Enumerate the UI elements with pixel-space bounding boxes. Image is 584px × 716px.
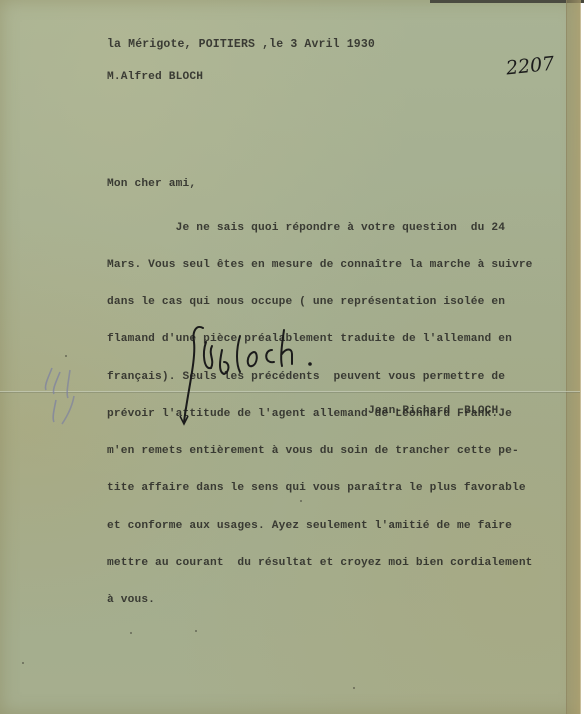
paper-speck: [195, 630, 197, 632]
letter-salutation: Mon cher ami,: [107, 178, 196, 191]
body-line: m'en remets entièrement à vous du soin d…: [107, 445, 533, 457]
paper-right-edge: [566, 0, 581, 714]
scan-top-edge: [430, 0, 584, 3]
body-line: mettre au courant du résultat et croyez …: [107, 557, 533, 569]
body-line: à vous.: [107, 594, 533, 606]
body-line: Mars. Vous seul êtes en mesure de connaî…: [107, 259, 533, 271]
archive-number: 2207: [505, 53, 555, 80]
pencil-annotation: [38, 360, 88, 430]
letter-recipient: M.Alfred BLOCH: [107, 71, 203, 84]
body-line: tite affaire dans le sens qui vous paraî…: [107, 482, 533, 494]
paper-speck: [65, 355, 67, 357]
letter-page: la Mérigote, POITIERS ,le 3 Avril 1930 2…: [0, 0, 580, 714]
body-line: dans le cas qui nous occupe ( une représ…: [107, 296, 533, 308]
body-line: Je ne sais quoi répondre à votre questio…: [107, 222, 533, 234]
body-line: et conforme aux usages. Ayez seulement l…: [107, 520, 533, 532]
paper-speck: [353, 687, 355, 689]
typed-signature: Jean-Richard BLOCH: [368, 405, 498, 418]
paper-speck: [300, 500, 302, 502]
handwritten-signature: [178, 320, 328, 430]
paper-speck: [22, 662, 24, 664]
paper-speck: [130, 632, 132, 634]
letter-dateline: la Mérigote, POITIERS ,le 3 Avril 1930: [107, 38, 375, 51]
